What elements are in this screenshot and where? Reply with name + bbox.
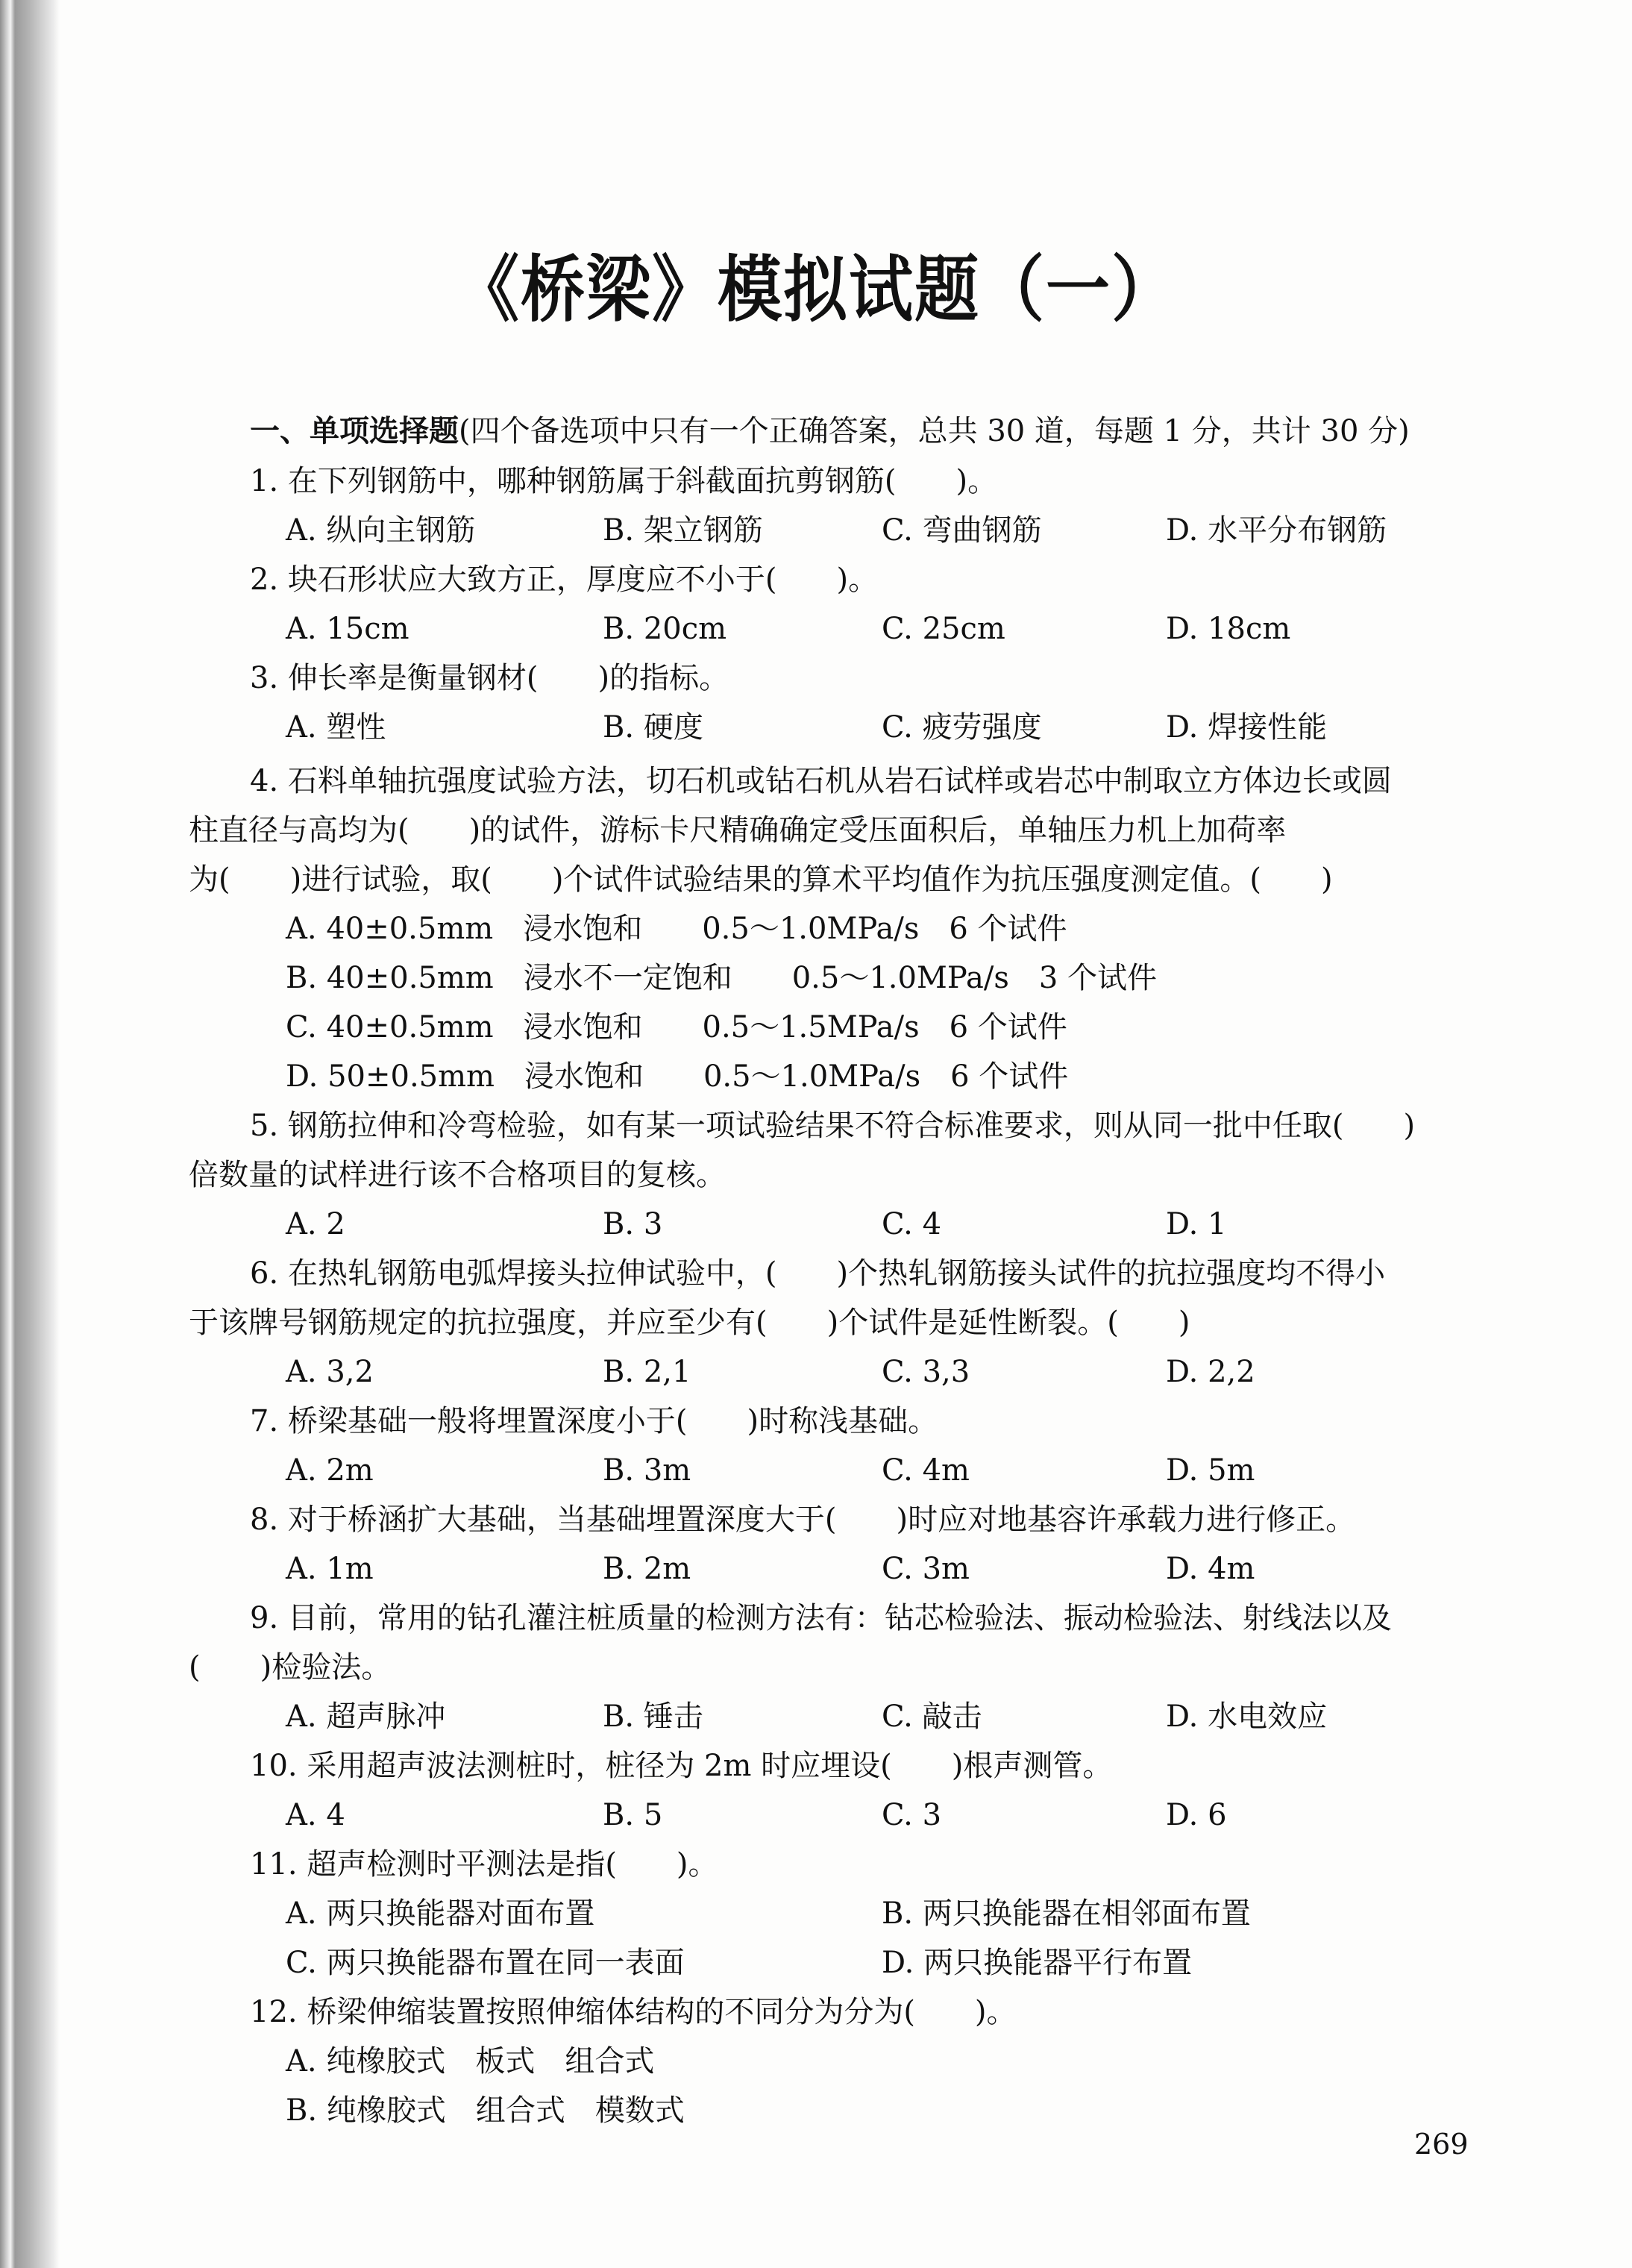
- q2-option-d: D. 18cm: [1166, 610, 1290, 648]
- q5-option-d: D. 1: [1166, 1206, 1227, 1243]
- q8-option-b: B. 2m: [603, 1550, 691, 1588]
- question-9-line-1: 9. 目前，常用的钻孔灌注桩质量的检测方法有：钻芯检验法、振动检验法、射线法以及: [250, 1600, 1392, 1637]
- question-3: 3. 伸长率是衡量钢材( )的指标。: [250, 660, 729, 697]
- page-number: 269: [1414, 2128, 1469, 2161]
- q4-option-d: D. 50±0.5mm 浸水饱和 0.5～1.0MPa/s 6 个试件: [286, 1058, 1068, 1095]
- q10-option-c: C. 3: [882, 1796, 941, 1834]
- q10-option-b: B. 5: [603, 1796, 662, 1834]
- q4-option-c: C. 40±0.5mm 浸水饱和 0.5～1.5MPa/s 6 个试件: [286, 1009, 1067, 1046]
- question-4-line-1: 4. 石料单轴抗强度试验方法，切石机或钻石机从岩石试样或岩芯中制取立方体边长或圆: [250, 762, 1392, 800]
- scan-binding-shadow: [0, 0, 60, 2268]
- q11-option-a: A. 两只换能器对面布置: [286, 1895, 594, 1932]
- question-10: 10. 采用超声波法测桩时，桩径为 2m 时应埋设( )根声测管。: [250, 1747, 1112, 1785]
- question-12: 12. 桥梁伸缩装置按照伸缩体结构的不同分为分为( )。: [250, 1993, 1017, 2031]
- q8-option-d: D. 4m: [1166, 1550, 1255, 1588]
- question-11: 11. 超声检测时平测法是指( )。: [250, 1846, 718, 1883]
- q6-option-b: B. 2,1: [603, 1353, 691, 1391]
- q10-option-d: D. 6: [1166, 1796, 1227, 1834]
- q6-option-d: D. 2,2: [1166, 1353, 1255, 1391]
- q7-option-d: D. 5m: [1166, 1452, 1255, 1489]
- q4-option-a: A. 40±0.5mm 浸水饱和 0.5～1.0MPa/s 6 个试件: [286, 910, 1067, 947]
- q1-option-a: A. 纵向主钢筋: [286, 512, 475, 549]
- q9-option-b: B. 锤击: [603, 1698, 703, 1735]
- q9-option-a: A. 超声脉冲: [286, 1698, 445, 1735]
- q3-option-b: B. 硬度: [603, 709, 703, 746]
- question-4-line-3: 为( )进行试验，取( )个试件试验结果的算术平均值作为抗压强度测定值。( ): [189, 861, 1333, 898]
- q3-option-d: D. 焊接性能: [1166, 709, 1327, 746]
- q11-option-b: B. 两只换能器在相邻面布置: [882, 1895, 1251, 1932]
- q9-option-d: D. 水电效应: [1166, 1698, 1327, 1735]
- q7-option-c: C. 4m: [882, 1452, 970, 1489]
- q7-option-a: A. 2m: [286, 1452, 374, 1489]
- question-6-line-1: 6. 在热轧钢筋电弧焊接头拉伸试验中，( )个热轧钢筋接头试件的抗拉强度均不得小: [250, 1255, 1385, 1292]
- question-9-line-2: ( )检验法。: [189, 1649, 391, 1686]
- q7-option-b: B. 3m: [603, 1452, 691, 1489]
- section-heading: 一、单项选择题(四个备选项中只有一个正确答案，总共 30 道，每题 1 分，共计…: [250, 413, 1410, 450]
- section-note: (四个备选项中只有一个正确答案，总共 30 道，每题 1 分，共计 30 分): [459, 414, 1410, 448]
- q3-option-a: A. 塑性: [286, 709, 386, 746]
- page-title: 《桥梁》模拟试题（一）: [0, 232, 1632, 336]
- question-5-line-2: 倍数量的试样进行该不合格项目的复核。: [189, 1156, 726, 1194]
- question-1: 1. 在下列钢筋中，哪种钢筋属于斜截面抗剪钢筋( )。: [250, 463, 997, 500]
- q5-option-b: B. 3: [603, 1206, 662, 1243]
- q8-option-a: A. 1m: [286, 1550, 374, 1588]
- q11-option-d: D. 两只换能器平行布置: [882, 1944, 1192, 1982]
- q5-option-c: C. 4: [882, 1206, 941, 1243]
- q12-option-a: A. 纯橡胶式 板式 组合式: [286, 2043, 654, 2080]
- q2-option-b: B. 20cm: [603, 610, 726, 648]
- section-title: 一、单项选择题: [250, 414, 459, 448]
- q2-option-a: A. 15cm: [286, 610, 409, 648]
- question-5-line-1: 5. 钢筋拉伸和冷弯检验，如有某一项试验结果不符合标准要求，则从同一批中任取( …: [250, 1107, 1415, 1144]
- q12-option-b: B. 纯橡胶式 组合式 模数式: [286, 2092, 685, 2129]
- q10-option-a: A. 4: [286, 1796, 345, 1834]
- q4-option-b: B. 40±0.5mm 浸水不一定饱和 0.5～1.0MPa/s 3 个试件: [286, 959, 1157, 997]
- question-4-line-2: 柱直径与高均为( )的试件，游标卡尺精确确定受压面积后，单轴压力机上加荷率: [189, 812, 1286, 849]
- q8-option-c: C. 3m: [882, 1550, 970, 1588]
- q1-option-d: D. 水平分布钢筋: [1166, 512, 1387, 549]
- q5-option-a: A. 2: [286, 1206, 345, 1243]
- q1-option-c: C. 弯曲钢筋: [882, 512, 1042, 549]
- q2-option-c: C. 25cm: [882, 610, 1005, 648]
- q1-option-b: B. 架立钢筋: [603, 512, 763, 549]
- question-6-line-2: 于该牌号钢筋规定的抗拉强度，并应至少有( )个试件是延性断裂。( ): [189, 1304, 1190, 1341]
- question-8: 8. 对于桥涵扩大基础，当基础埋置深度大于( )时应对地基容许承载力进行修正。: [250, 1501, 1355, 1538]
- q11-option-c: C. 两只换能器布置在同一表面: [286, 1944, 685, 1982]
- question-7: 7. 桥梁基础一般将埋置深度小于( )时称浅基础。: [250, 1403, 938, 1440]
- question-2: 2. 块石形状应大致方正，厚度应不小于( )。: [250, 561, 878, 598]
- q9-option-c: C. 敲击: [882, 1698, 982, 1735]
- q6-option-c: C. 3,3: [882, 1353, 970, 1391]
- q6-option-a: A. 3,2: [286, 1353, 374, 1391]
- q3-option-c: C. 疲劳强度: [882, 709, 1042, 746]
